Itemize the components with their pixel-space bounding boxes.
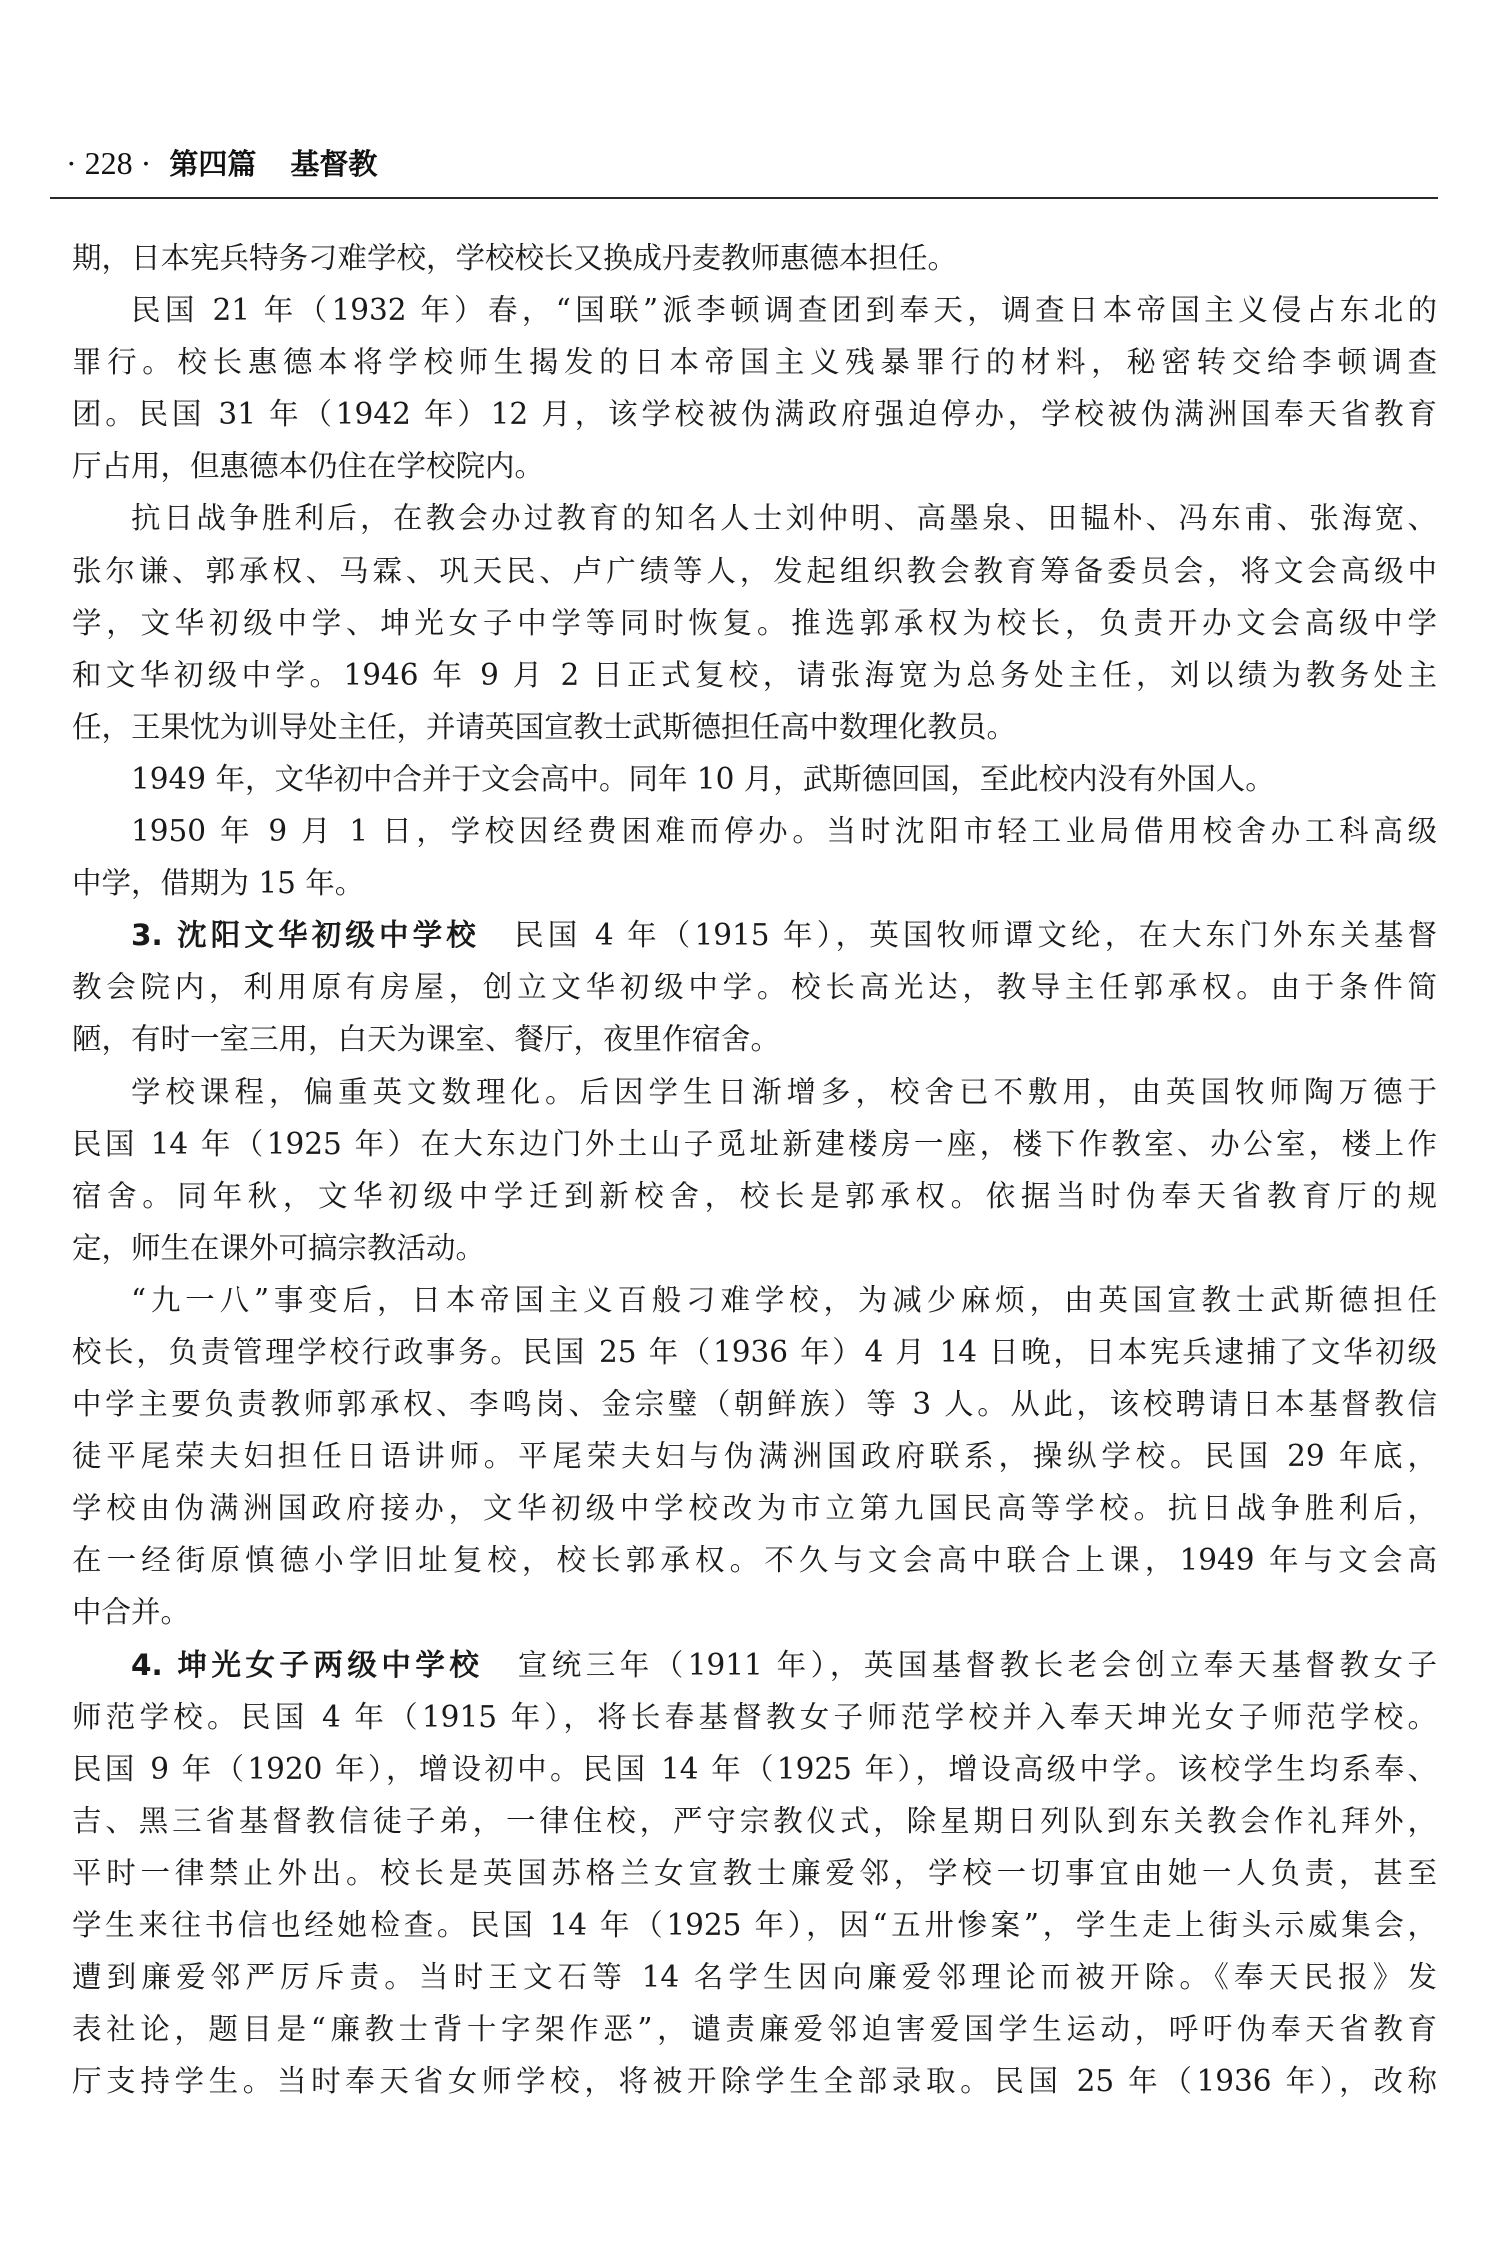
text-line: 学，文华初级中学、坤光女子中学等同时恢复。推选郭承权为校长，负责开办文会高级中学 xyxy=(72,597,1437,649)
text-line: 定，师生在课外可搞宗教活动。 xyxy=(72,1222,1437,1274)
text-line: 厅占用，但惠德本仍住在学校院内。 xyxy=(72,440,1437,492)
text-line: 吉、黑三省基督教信徒子弟，一律住校，严守宗教仪式，除星期日列队到东关教会作礼拜外… xyxy=(72,1795,1437,1847)
text-run: 民国 4 年（1915 年），英国牧师谭文纶，在大东门外东关基督 xyxy=(510,918,1437,952)
body-text: 期，日本宪兵特务刁难学校，学校校长又换成丹麦教师惠德本担任。 民国 21 年（1… xyxy=(72,232,1437,2107)
section-heading-4: 4. 坤光女子两级中学校 xyxy=(131,1648,483,1682)
text-line: 张尔谦、郭承权、马霖、巩天民、卢广绩等人，发起组织教会教育筹备委员会，将文会高级… xyxy=(72,545,1437,597)
text-line: 陋，有时一室三用，白天为课室、餐厅，夜里作宿舍。 xyxy=(72,1013,1437,1065)
text-line: 团。民国 31 年（1942 年）12 月，该学校被伪满政府强迫停办，学校被伪满… xyxy=(72,388,1437,440)
section-4-first-line: 4. 坤光女子两级中学校宣统三年（1911 年），英国基督教长老会创立奉天基督教… xyxy=(72,1639,1437,1691)
text-line: 期，日本宪兵特务刁难学校，学校校长又换成丹麦教师惠德本担任。 xyxy=(72,232,1437,284)
section-3-first-line: 3. 沈阳文华初级中学校民国 4 年（1915 年），英国牧师谭文纶，在大东门外… xyxy=(72,909,1437,961)
text-line: 中合并。 xyxy=(72,1586,1437,1638)
text-line: 遭到廉爱邻严厉斥责。当时王文石等 14 名学生因向廉爱邻理论而被开除。《奉天民报… xyxy=(72,1951,1437,2003)
text-line: 学校由伪满洲国政府接办，文华初级中学校改为市立第九国民高等学校。抗日战争胜利后， xyxy=(72,1482,1437,1534)
text-line: 徒平尾荣夫妇担任日语讲师。平尾荣夫妇与伪满洲国政府联系，操纵学校。民国 29 年… xyxy=(72,1430,1437,1482)
text-line: 任，王果忱为训导处主任，并请英国宣教士武斯德担任高中数理化教员。 xyxy=(72,701,1437,753)
text-line: 中学主要负责教师郭承权、李鸣岗、金宗璧（朝鲜族）等 3 人。从此，该校聘请日本基… xyxy=(72,1378,1437,1430)
section-title: 基督教 xyxy=(290,142,377,183)
text-line: 宿舍。同年秋，文华初级中学迁到新校舍，校长是郭承权。依据当时伪奉天省教育厅的规 xyxy=(72,1170,1437,1222)
text-line: 平时一律禁止外出。校长是英国苏格兰女宣教士廉爱邻，学校一切事宜由她一人负责，甚至 xyxy=(72,1847,1437,1899)
text-line: 罪行。校长惠德本将学校师生揭发的日本帝国主义残暴罪行的材料，秘密转交给李顿调查 xyxy=(72,336,1437,388)
text-run: 宣统三年（1911 年），英国基督教长老会创立奉天基督教女子 xyxy=(513,1648,1437,1682)
text-line: 抗日战争胜利后，在教会办过教育的知名人士刘仲明、高墨泉、田韫朴、冯东甫、张海宽、 xyxy=(72,492,1437,544)
text-line: 学生来往书信也经她检查。民国 14 年（1925 年），因“五卅惨案”，学生走上… xyxy=(72,1899,1437,1951)
text-line: 校长，负责管理学校行政事务。民国 25 年（1936 年）4 月 14 日晚，日… xyxy=(72,1326,1437,1378)
text-line: 中学，借期为 15 年。 xyxy=(72,857,1437,909)
text-line: 厅支持学生。当时奉天省女师学校，将被开除学生全部录取。民国 25 年（1936 … xyxy=(72,2055,1437,2107)
text-line: 学校课程，偏重英文数理化。后因学生日渐增多，校舍已不敷用，由英国牧师陶万德于 xyxy=(72,1066,1437,1118)
running-head: · 228 · 第四篇 基督教 xyxy=(66,142,377,192)
text-line: 表社论，题目是“廉教士背十字架作恶”，谴责廉爱邻迫害爱国学生运动，呼吁伪奉天省教… xyxy=(72,2003,1437,2055)
text-line: 教会院内，利用原有房屋，创立文华初级中学。校长高光达，教导主任郭承权。由于条件简 xyxy=(72,961,1437,1013)
header-rule xyxy=(50,197,1438,199)
text-line: 和文华初级中学。1946 年 9 月 2 日正式复校，请张海宽为总务处主任，刘以… xyxy=(72,649,1437,701)
text-line: 在一经街原慎德小学旧址复校，校长郭承权。不久与文会高中联合上课，1949 年与文… xyxy=(72,1534,1437,1586)
text-line: 民国 21 年（1932 年）春，“国联”派李顿调查团到奉天，调查日本帝国主义侵… xyxy=(72,284,1437,336)
section-heading-3: 3. 沈阳文华初级中学校 xyxy=(131,918,480,952)
text-line: 民国 14 年（1925 年）在大东边门外土山子觅址新建楼房一座，楼下作教室、办… xyxy=(72,1118,1437,1170)
text-line: 1950 年 9 月 1 日，学校因经费困难而停办。当时沈阳市轻工业局借用校舍办… xyxy=(72,805,1437,857)
book-page: · 228 · 第四篇 基督教 期，日本宪兵特务刁难学校，学校校长又换成丹麦教师… xyxy=(0,0,1500,2244)
part-title: 第四篇 xyxy=(169,142,256,183)
text-line: 1949 年，文华初中合并于文会高中。同年 10 月，武斯德回国，至此校内没有外… xyxy=(72,753,1437,805)
text-line: 民国 9 年（1920 年），增设初中。民国 14 年（1925 年），增设高级… xyxy=(72,1743,1437,1795)
text-line: 师范学校。民国 4 年（1915 年），将长春基督教女子师范学校并入奉天坤光女子… xyxy=(72,1691,1437,1743)
text-line: “九一八”事变后，日本帝国主义百般刁难学校，为减少麻烦，由英国宣教士武斯德担任 xyxy=(72,1274,1437,1326)
page-number: · 228 · xyxy=(66,145,151,182)
